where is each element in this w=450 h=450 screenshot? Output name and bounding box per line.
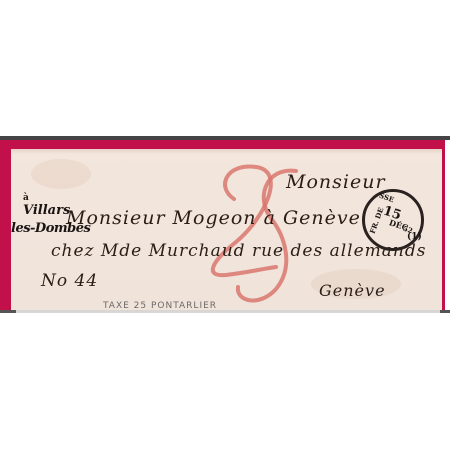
address-line-2: Monsieur Mogeon à Genève bbox=[66, 207, 361, 229]
paper-stain bbox=[31, 159, 91, 189]
circular-date-stamp: SSE FR. DE 15 DÉC 52 (1) bbox=[362, 189, 424, 251]
bottom-band-right-edge bbox=[440, 310, 450, 313]
pencil-note: TAXE 25 PONTARLIER bbox=[103, 301, 217, 310]
address-line-1: Monsieur bbox=[286, 171, 386, 193]
letter-cover: à Villars les-Dombes Monsieur Monsieur M… bbox=[11, 149, 442, 310]
cachet-line-2: Villars bbox=[23, 203, 70, 218]
top-fold-shadow bbox=[11, 149, 442, 154]
cds-number: (1) bbox=[407, 232, 422, 242]
bottom-gray-band bbox=[0, 310, 450, 313]
address-line-4: No 44 bbox=[41, 271, 98, 291]
right-edge-margin bbox=[445, 140, 450, 311]
cachet-line-1: à bbox=[23, 193, 29, 203]
bottom-band-left-edge bbox=[0, 310, 16, 313]
cds-ring-top: SSE bbox=[378, 191, 395, 205]
address-line-5: Genève bbox=[319, 281, 386, 300]
